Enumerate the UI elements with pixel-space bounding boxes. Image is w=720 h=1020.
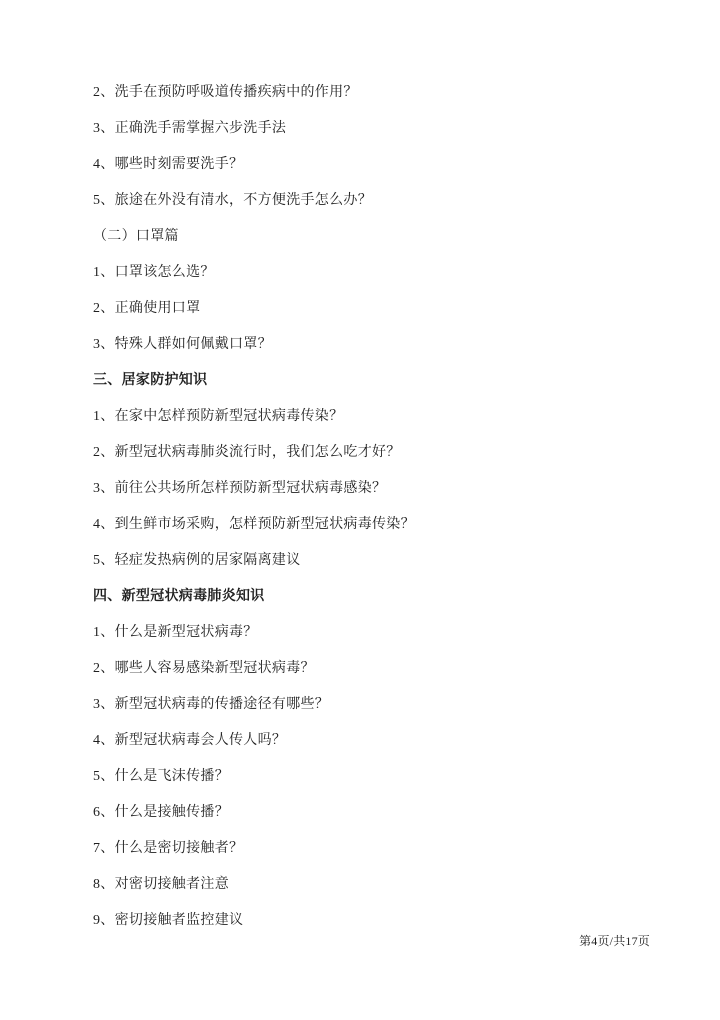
toc-item: 3、新型冠状病毒的传播途径有哪些？	[93, 687, 680, 723]
toc-item: 5、什么是飞沫传播？	[93, 759, 680, 795]
toc-item: 2、正确使用口罩	[93, 291, 680, 327]
toc-item: 4、新型冠状病毒会人传人吗？	[93, 723, 680, 759]
toc-item: 1、口罩该怎么选？	[93, 255, 680, 291]
toc-item: 8、对密切接触者注意	[93, 867, 680, 903]
document-body: 2、洗手在预防呼吸道传播疾病中的作用？3、正确洗手需掌握六步洗手法4、哪些时刻需…	[93, 75, 680, 939]
toc-item: （二）口罩篇	[93, 219, 680, 255]
toc-item: 5、旅途在外没有清水，不方便洗手怎么办？	[93, 183, 680, 219]
section-heading: 三、居家防护知识	[93, 363, 680, 399]
toc-item: 5、轻症发热病例的居家隔离建议	[93, 543, 680, 579]
toc-item: 2、洗手在预防呼吸道传播疾病中的作用？	[93, 75, 680, 111]
toc-item: 7、什么是密切接触者？	[93, 831, 680, 867]
toc-item: 3、特殊人群如何佩戴口罩？	[93, 327, 680, 363]
toc-item: 4、到生鲜市场采购，怎样预防新型冠状病毒传染？	[93, 507, 680, 543]
page-number: 第4页/共17页	[579, 929, 650, 953]
toc-item: 1、什么是新型冠状病毒？	[93, 615, 680, 651]
toc-item: 4、哪些时刻需要洗手？	[93, 147, 680, 183]
toc-item: 1、在家中怎样预防新型冠状病毒传染？	[93, 399, 680, 435]
section-heading: 四、新型冠状病毒肺炎知识	[93, 579, 680, 615]
toc-item: 3、正确洗手需掌握六步洗手法	[93, 111, 680, 147]
toc-item: 6、什么是接触传播？	[93, 795, 680, 831]
document-page: 2、洗手在预防呼吸道传播疾病中的作用？3、正确洗手需掌握六步洗手法4、哪些时刻需…	[0, 0, 720, 1020]
toc-item: 3、前往公共场所怎样预防新型冠状病毒感染？	[93, 471, 680, 507]
toc-item: 2、新型冠状病毒肺炎流行时，我们怎么吃才好？	[93, 435, 680, 471]
toc-item: 2、哪些人容易感染新型冠状病毒？	[93, 651, 680, 687]
